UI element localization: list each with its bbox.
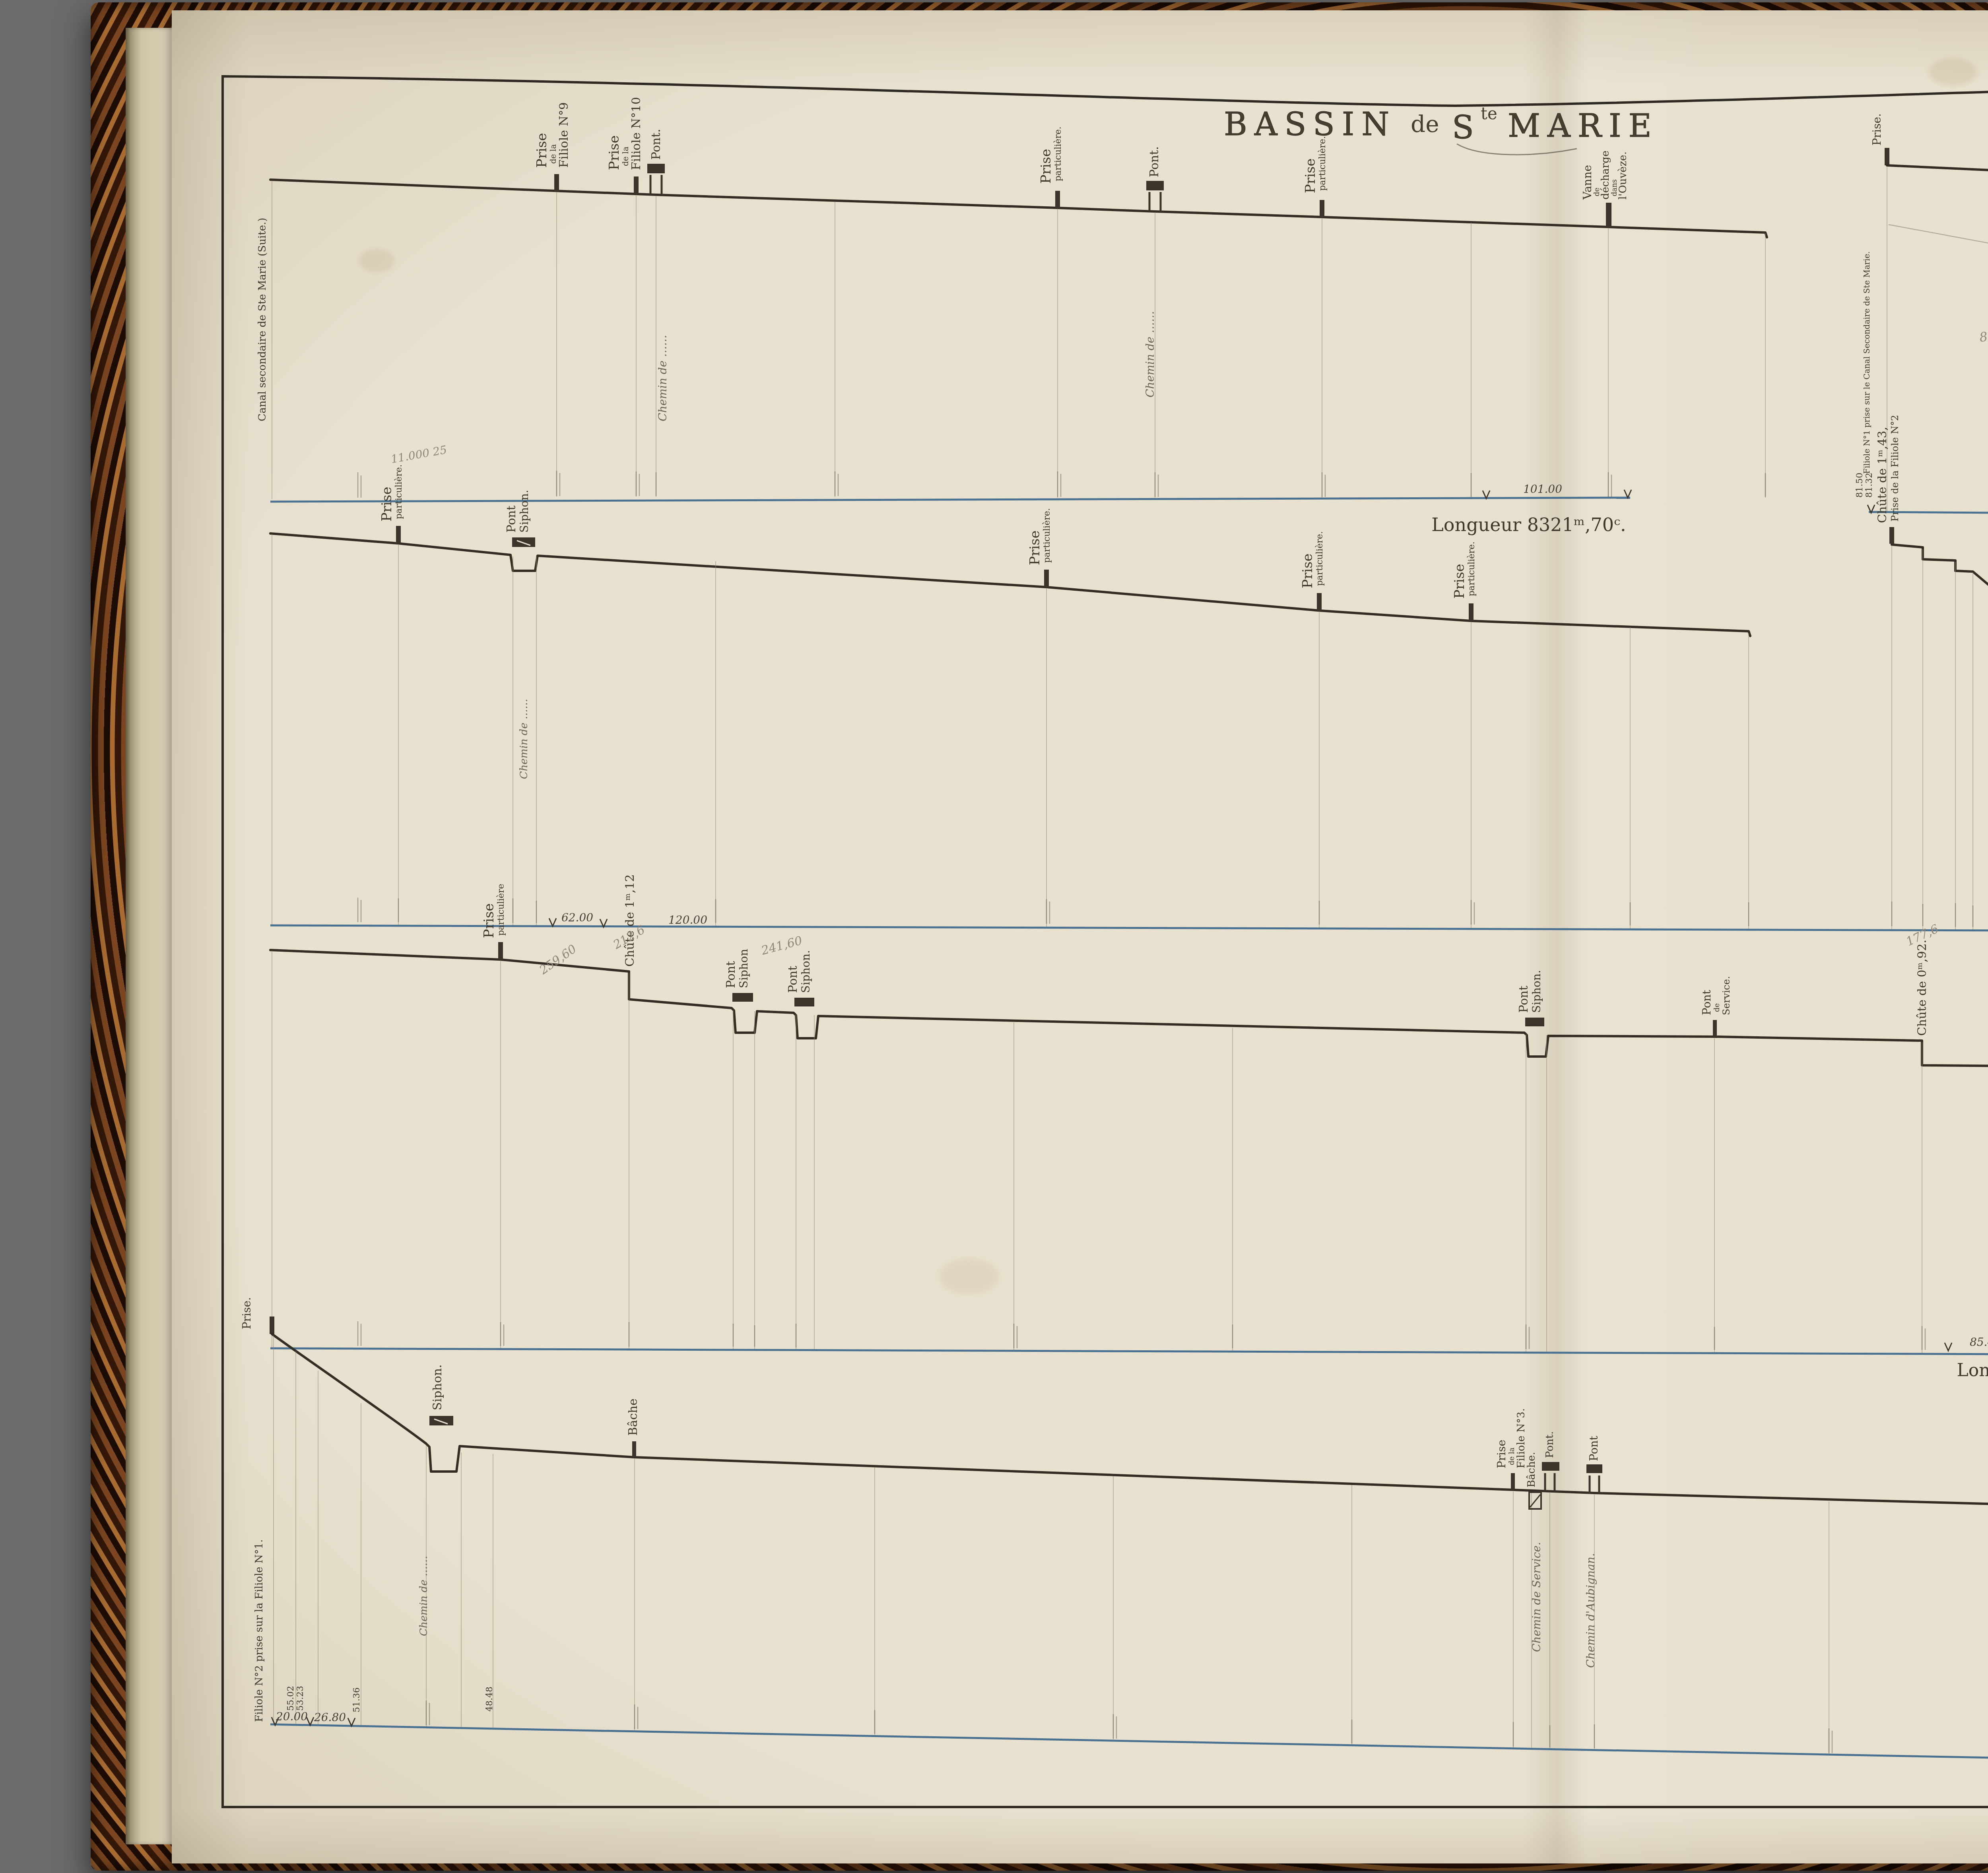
pont-piers — [1590, 1476, 1599, 1494]
band-b-distance2: 120.00 — [668, 913, 707, 927]
prise-gate — [270, 1317, 274, 1334]
band-a-road2-label: Chemin de …… — [1143, 311, 1157, 397]
scanned-atlas-page: BASSIN de S te MARIE Canal secondaire de… — [0, 0, 1988, 1873]
band-b-road-label: Chemin de …… — [518, 699, 530, 779]
band-a-f1-label: Prise de la Filiole N°9 — [534, 102, 571, 168]
prise-gate — [498, 942, 503, 960]
svg-text:Siphon.: Siphon. — [518, 490, 531, 533]
band-d-prise-label: Prise. — [240, 1297, 253, 1329]
svg-text:Filiole N°10: Filiole N°10 — [629, 97, 643, 170]
band-a-f6-label: Prise particulière. — [1303, 136, 1328, 193]
svg-text:Pont: Pont — [505, 506, 518, 533]
band-c-distance1: 85.40 — [1970, 1336, 1988, 1349]
band-a-longueur: Longueur 8321ᵐ,70ᶜ. — [1431, 514, 1626, 535]
svg-text:Prise.: Prise. — [1870, 113, 1883, 145]
svg-text:Prise: Prise — [606, 135, 622, 170]
band-d-f6-label: Pont. — [1544, 1431, 1556, 1458]
band-c-filiole-suite: Prise particulière Chûte de 1ᵐ,12 Pont S… — [270, 874, 1988, 1381]
band-c-f2-label: Chûte de 1ᵐ,12 — [623, 874, 637, 967]
band-c-station-lines — [272, 951, 1922, 1353]
band-d-elevation-ticks — [426, 1700, 1988, 1766]
prise-gate — [1511, 1473, 1515, 1490]
svg-text:Prise: Prise — [1303, 158, 1318, 193]
band-a-f4-label: Prise particulière. — [1038, 126, 1063, 184]
band-b-f1-label: Prise particulière. — [379, 464, 404, 522]
svg-text:particulière: particulière — [496, 884, 506, 936]
svg-text:Siphon: Siphon — [737, 949, 750, 988]
svg-text:Prise: Prise — [1300, 553, 1316, 588]
filiole1-prise-label: Prise. — [1870, 113, 1883, 145]
svg-text:particulière.: particulière. — [1467, 541, 1477, 596]
band-c-datum-line — [270, 1348, 1988, 1355]
svg-text:de la: de la — [621, 147, 630, 166]
band-d-f7-label: Pont — [1587, 1435, 1600, 1461]
svg-text:81.32: 81.32 — [1864, 473, 1874, 498]
band-b-distance1: 62.00 — [561, 911, 593, 924]
prise-gate — [1469, 603, 1474, 621]
band-d-siphon-label: Siphon. — [431, 1364, 445, 1410]
title-word-s: S — [1452, 109, 1481, 146]
svg-text:Chemin d'Aubignan.: Chemin d'Aubignan. — [1584, 1553, 1597, 1668]
band-c-f4-label: Pont Siphon. — [786, 950, 812, 993]
pont-siphon-deck — [1525, 1018, 1544, 1026]
svg-text:Filiole N°2 prise sur la Filio: Filiole N°2 prise sur la Filiole N°1. — [253, 1539, 265, 1722]
pont-siphon-deck — [794, 998, 814, 1006]
svg-text:Prise: Prise — [379, 487, 395, 522]
svg-text:Prise: Prise — [1027, 530, 1043, 565]
siphon-deck — [429, 1416, 453, 1425]
svg-text:48.48: 48.48 — [485, 1687, 495, 1712]
engraving-drawing: BASSIN de S te MARIE Canal secondaire de… — [0, 0, 1988, 1873]
pencil-grade-line — [1889, 225, 1988, 360]
filiole1-elevations: 81.50 81.32 — [1855, 473, 1874, 498]
bache-post — [632, 1441, 636, 1457]
band-a-f5-label: Pont. — [1147, 146, 1161, 177]
band-d-distance1: 20.00 — [276, 1710, 308, 1723]
band-b-profile-right — [1892, 545, 1988, 765]
band-c-f5-label: Pont Siphon. — [1517, 970, 1543, 1013]
band-b-f5-label: Prise particulière. — [1452, 541, 1477, 599]
pont-piers — [1545, 1473, 1555, 1491]
prise-gate — [634, 176, 639, 194]
svg-text:Pont: Pont — [786, 966, 800, 993]
band-d-f4-label: Prise de la Filiole N°3. — [1495, 1408, 1527, 1468]
svg-text:Prise: Prise — [534, 133, 550, 168]
pont-siphon-deck — [732, 993, 753, 1002]
pencil-note: 241,60 — [759, 934, 804, 958]
pencil-note: 259,60 — [537, 942, 579, 977]
svg-text:de la: de la — [548, 144, 558, 164]
svg-text:Bâche.: Bâche. — [1526, 1452, 1538, 1487]
svg-text:Chemin de ……: Chemin de …… — [656, 335, 669, 421]
pont-service-post — [1713, 1020, 1717, 1037]
prise-gate — [554, 174, 559, 192]
svg-text:particulière.: particulière. — [1318, 136, 1328, 191]
svg-text:Filiole N°1 prise sur le Canal: Filiole N°1 prise sur le Canal Secondair… — [1862, 251, 1872, 474]
vanne-gate — [1606, 203, 1611, 227]
svg-text:Prise: Prise — [1452, 564, 1468, 599]
prise-gate — [1320, 200, 1324, 217]
prise-gate — [1317, 593, 1322, 611]
band-b-elevation-ticks — [358, 785, 1988, 928]
band-c-f6-label: Pont de Service. — [1700, 976, 1732, 1015]
pont-piers — [1149, 192, 1161, 211]
band-a-canal-secondaire: Canal secondaire de Ste Marie (Suite.) P… — [256, 97, 1767, 535]
svg-text:Pont: Pont — [724, 961, 738, 988]
svg-text:Vanne: Vanne — [1581, 165, 1594, 200]
svg-text:Pont.: Pont. — [1544, 1431, 1556, 1458]
svg-text:particulière.: particulière. — [1042, 508, 1052, 563]
title-word-bassin: BASSIN — [1224, 106, 1396, 143]
band-d-elevation-pair: 55.02 53.23 — [286, 1686, 305, 1711]
band-c-f7-label: Chûte de 0ᵐ,92. — [1915, 940, 1929, 1036]
svg-text:Chemin de ……: Chemin de …… — [518, 699, 530, 779]
plate-border — [223, 74, 1988, 1807]
band-c-f1-label: Prise particulière — [481, 884, 506, 938]
band-a-profile — [270, 180, 1767, 237]
band-d-distance2: 26.80 — [314, 1711, 346, 1724]
svg-text:Pont: Pont — [1700, 989, 1713, 1015]
svg-text:51.36: 51.36 — [352, 1687, 362, 1712]
band-b-f3-label: Prise particulière. — [1027, 508, 1052, 565]
pencil-note: 8.000 25 — [1978, 322, 1988, 345]
svg-text:décharge: décharge — [1600, 151, 1611, 200]
band-d-f5-label: Bâche. — [1526, 1452, 1538, 1487]
svg-text:Siphon.: Siphon. — [431, 1364, 445, 1410]
band-a-f2-label: Prise de la Filiole N°10 — [606, 97, 643, 170]
svg-text:53.23: 53.23 — [295, 1686, 305, 1711]
band-b-profile-left — [270, 533, 1750, 636]
svg-text:Pont: Pont — [1587, 1435, 1600, 1461]
band-d-profile — [272, 1334, 1988, 1521]
svg-text:Chemin de ……: Chemin de …… — [418, 1556, 430, 1636]
filiole1-side-label: Filiole N°1 prise sur le Canal Secondair… — [1862, 251, 1872, 474]
band-d-road2-label: Chemin d'Aubignan. — [1584, 1553, 1597, 1668]
band-c-elevation-ticks — [358, 1321, 1988, 1351]
pont-deck — [1146, 181, 1164, 190]
svg-text:Prise de la Filiole N°2: Prise de la Filiole N°2 — [1889, 415, 1901, 522]
svg-text:l'Ouvèze.: l'Ouvèze. — [1617, 151, 1629, 200]
pont-deck — [1542, 1462, 1559, 1471]
svg-text:particulière.: particulière. — [1053, 126, 1063, 181]
prise-gate — [1885, 148, 1889, 165]
svg-text:Pont.: Pont. — [1147, 146, 1161, 177]
svg-text:Filiole N°9: Filiole N°9 — [557, 102, 571, 168]
band-b-f2-label: Pont Siphon. — [505, 490, 531, 533]
band-a-f7-label: Vanne de décharge dans l'Ouvèze. — [1581, 151, 1629, 200]
band-d-filiole2: Filiole N°2 prise sur la Filiole N°1. Pr… — [240, 1297, 1988, 1770]
title-word-ste-sup: te — [1481, 104, 1497, 123]
svg-text:particulière.: particulière. — [1315, 531, 1325, 586]
prise-gate — [1044, 570, 1049, 587]
prise-gate — [1889, 527, 1894, 544]
svg-text:Bâche: Bâche — [626, 1398, 640, 1436]
pont-deck — [1586, 1464, 1602, 1473]
svg-text:particulière.: particulière. — [394, 464, 404, 519]
band-d-road3-label: Chemin de …… — [418, 1556, 430, 1636]
band-d-datum-line — [270, 1724, 1988, 1770]
band-b-f4-label: Prise particulière. — [1300, 531, 1325, 588]
band-a-side-label: Canal secondaire de Ste Marie (Suite.) — [256, 218, 268, 421]
svg-text:de: de — [1713, 1003, 1721, 1012]
band-a-right-filiole1: Filiole N°1 prise sur le Canal Secondair… — [1855, 91, 1988, 541]
title-word-marie: MARIE — [1508, 107, 1659, 144]
band-b-datum-line — [270, 925, 1988, 931]
band-a-pencil-note: 11.000 25 — [390, 443, 448, 466]
svg-text:Prise: Prise — [1495, 1440, 1508, 1468]
band-d-side-label: Filiole N°2 prise sur la Filiole N°1. — [253, 1539, 265, 1722]
svg-text:Chûte de 1ᵐ,43,: Chûte de 1ᵐ,43, — [1875, 427, 1889, 523]
svg-text:Pont.: Pont. — [649, 129, 663, 160]
svg-text:Chûte de 0ᵐ,92.: Chûte de 0ᵐ,92. — [1915, 940, 1929, 1036]
band-d-elevation: 51.36 — [352, 1687, 362, 1712]
band-a-station-lines — [272, 181, 1765, 499]
band-c-longueur: Longueur 3783ᵐ,15. — [1957, 1360, 1988, 1381]
svg-text:Chemin de ……: Chemin de …… — [1143, 311, 1157, 397]
band-d-elevation: 48.48 — [485, 1687, 495, 1712]
svg-text:Prise: Prise — [1038, 149, 1054, 184]
svg-text:Pont: Pont — [1517, 986, 1531, 1013]
band-c-f3-label: Pont Siphon — [724, 949, 750, 988]
svg-text:Prise: Prise — [481, 903, 497, 938]
band-b-f6-label: Chûte de 1ᵐ,43, Prise de la Filiole N°2 — [1875, 415, 1901, 523]
band-a-f3-label: Pont. — [649, 129, 663, 160]
band-a-road1-label: Chemin de …… — [656, 335, 669, 421]
title-word-de: de — [1411, 111, 1439, 138]
band-a-distance: 101.00 — [1523, 483, 1562, 496]
prise-gate — [1055, 191, 1060, 208]
svg-text:de la: de la — [1508, 1447, 1516, 1465]
svg-text:Chûte de 1ᵐ,12: Chûte de 1ᵐ,12 — [623, 874, 637, 967]
svg-text:Canal secondaire de Ste Marie: Canal secondaire de Ste Marie (Suite.) — [256, 218, 268, 421]
pont-siphon-deck — [512, 537, 535, 547]
band-d-station-lines — [274, 1336, 1988, 1769]
svg-text:Prise.: Prise. — [240, 1297, 253, 1329]
band-b-filiole1-suite: Prise particulière. Pont Siphon. Prise p… — [270, 415, 1988, 931]
svg-text:55.02: 55.02 — [286, 1686, 296, 1711]
band-d-bache-label: Bâche — [626, 1398, 640, 1436]
prise-gate — [396, 526, 401, 543]
svg-text:81.50: 81.50 — [1855, 473, 1865, 498]
pont-piers — [650, 175, 662, 195]
plate-title: BASSIN de S te MARIE — [1224, 104, 1659, 155]
svg-text:Siphon.: Siphon. — [1530, 970, 1543, 1013]
svg-text:Siphon.: Siphon. — [799, 950, 812, 993]
band-d-road1-label: Chemin de Service. — [1530, 1542, 1543, 1652]
svg-text:Service.: Service. — [1721, 976, 1732, 1015]
filiole1-station-lines — [1887, 167, 1988, 516]
svg-text:Chemin de Service.: Chemin de Service. — [1530, 1542, 1543, 1652]
band-a-datum-line — [270, 498, 1630, 502]
pont-deck — [647, 164, 665, 173]
